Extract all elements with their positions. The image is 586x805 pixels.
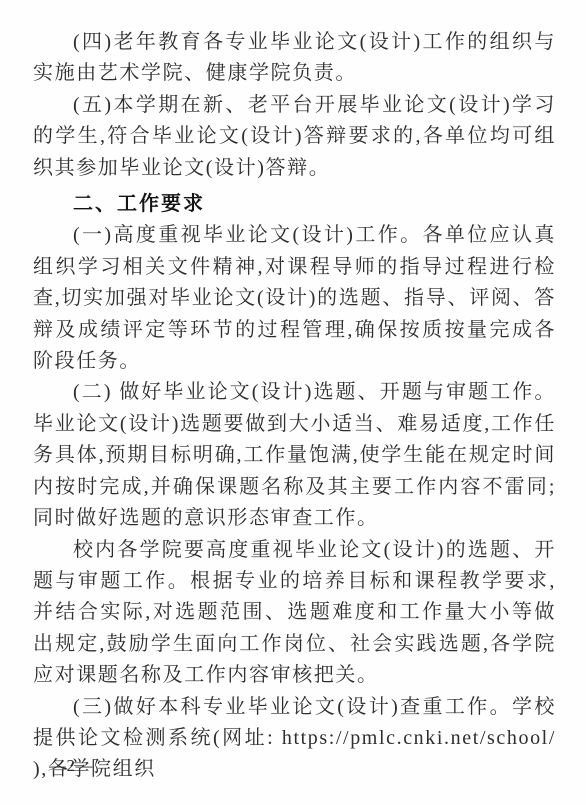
section-heading-work-requirements: 二、工作要求 [33,189,556,220]
document-page: (四)老年教育各专业毕业论文(设计)工作的组织与实施由艺术学院、健康学院负责。(… [0,0,586,805]
paragraph-item-5: (五)本学期在新、老平台开展毕业论文(设计)学习的学生,符合毕业论文(设计)答辩… [33,90,556,184]
page-number: —2— [49,756,93,776]
paragraph-item-4: (四)老年教育各专业毕业论文(设计)工作的组织与实施由艺术学院、健康学院负责。 [33,27,556,90]
paragraph-requirement-3: (三)做好本科专业毕业论文(设计)查重工作。学校提供论文检测系统(网址: htt… [33,692,556,786]
paragraph-requirement-1: (一)高度重视毕业论文(设计)工作。各单位应认真组织学习相关文件精神,对课程导师… [33,220,556,377]
paragraph-requirement-2-continued: 校内各学院要高度重视毕业论文(设计)的选题、开题与审题工作。根据专业的培养目标和… [33,535,556,692]
document-body: (四)老年教育各专业毕业论文(设计)工作的组织与实施由艺术学院、健康学院负责。(… [33,27,556,786]
paragraph-requirement-2: (二) 做好毕业论文(设计)选题、开题与审题工作。毕业论文(设计)选题要做到大小… [33,377,556,534]
